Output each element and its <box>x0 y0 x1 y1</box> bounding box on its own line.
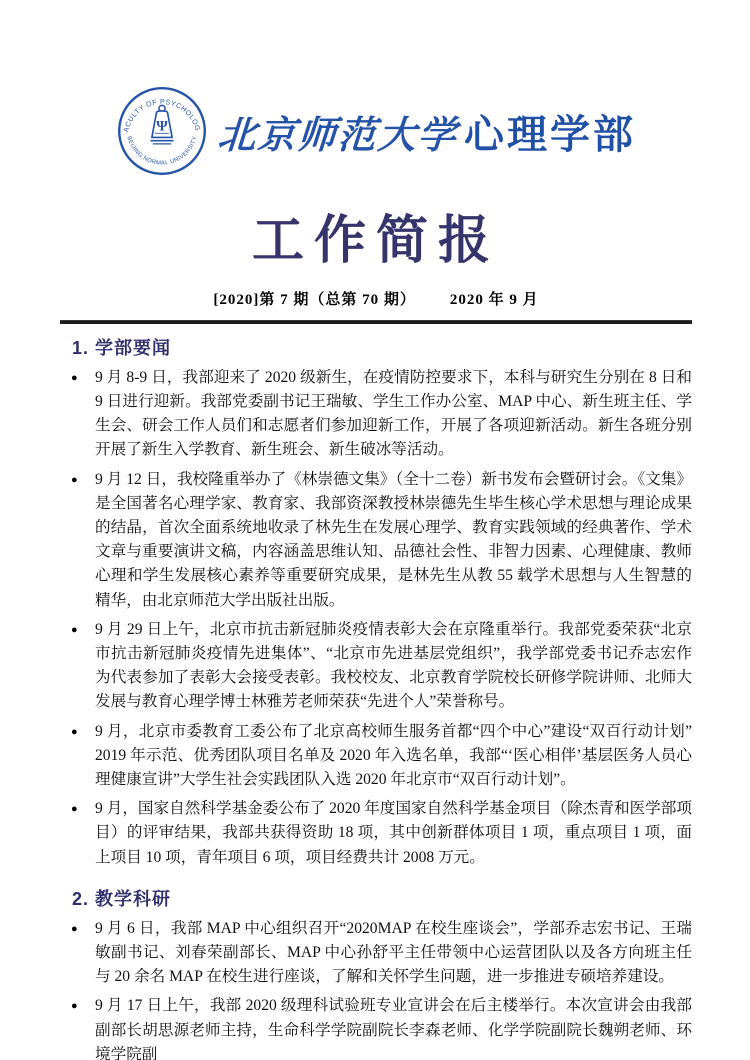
bullet-icon: ● <box>60 366 95 463</box>
list-item: ● 9 月，国家自然科学基金委公布了 2020 年度国家自然科学基金项目（除杰青… <box>60 797 692 870</box>
org-wordmark: 北京师范大学 心理学部 <box>218 103 636 160</box>
list-item: ● 9 月 29 日上午，北京市抗击新冠肺炎疫情表彰大会在京隆重举行。我部党委荣… <box>60 618 692 715</box>
list-item: ● 9 月 8-9 日，我部迎来了 2020 级新生，在疫情防控要求下，本科与研… <box>60 366 692 463</box>
org-logo: FACULTY OF PSYCHOLOGY BEIJING NORMAL UNI… <box>60 84 692 178</box>
list-item-text: 9 月 8-9 日，我部迎来了 2020 级新生，在疫情防控要求下，本科与研究生… <box>95 366 692 463</box>
bell-icon: Ψ <box>150 105 173 144</box>
bullet-icon: ● <box>60 468 95 613</box>
page-title: 工作简报 <box>60 212 692 272</box>
list-item-text: 9 月 17 日上午，我部 2020 级理科试验班专业宣讲会在后主楼举行。本次宣… <box>95 994 692 1060</box>
bullet-icon: ● <box>60 720 95 793</box>
university-name-script: 北京师范大学 <box>216 104 460 159</box>
faculty-name-bold: 心理学部 <box>464 103 636 160</box>
list-item-text: 9 月，北京市委教育工委公布了北京高校师生服务首都“四个中心”建设“双百行动计划… <box>95 720 692 793</box>
list-item-text: 9 月 12 日，我校隆重举办了《林崇德文集》（全十二卷）新书发布会暨研讨会。《… <box>95 468 692 613</box>
bullet-icon: ● <box>60 797 95 870</box>
header-divider <box>60 320 692 324</box>
psi-symbol: Ψ <box>156 119 168 135</box>
list-item: ● 9 月 12 日，我校隆重举办了《林崇德文集》（全十二卷）新书发布会暨研讨会… <box>60 468 692 613</box>
list-item-text: 9 月 29 日上午，北京市抗击新冠肺炎疫情表彰大会在京隆重举行。我部党委荣获“… <box>95 618 692 715</box>
bulletin-page: FACULTY OF PSYCHOLOGY BEIJING NORMAL UNI… <box>0 0 750 1060</box>
issue-date: 2020 年 9 月 <box>450 292 539 308</box>
list-item: ● 9 月，北京市委教育工委公布了北京高校师生服务首都“四个中心”建设“双百行动… <box>60 720 692 793</box>
section-heading-1: 1. 学部要闻 <box>60 335 692 361</box>
issue-line: [2020]第 7 期（总第 70 期）2020 年 9 月 <box>60 288 692 309</box>
section-heading-2: 2. 教学科研 <box>60 886 692 912</box>
list-item-text: 9 月 6 日，我部 MAP 中心组织召开“2020MAP 在校生座谈会”，学部… <box>95 917 692 990</box>
list-item: ● 9 月 6 日，我部 MAP 中心组织召开“2020MAP 在校生座谈会”，… <box>60 917 692 990</box>
bullet-icon: ● <box>60 618 95 715</box>
bullet-icon: ● <box>60 917 95 990</box>
bullet-icon: ● <box>60 994 95 1060</box>
seal-icon: FACULTY OF PSYCHOLOGY BEIJING NORMAL UNI… <box>116 85 208 177</box>
list-item-text: 9 月，国家自然科学基金委公布了 2020 年度国家自然科学基金项目（除杰青和医… <box>95 797 692 870</box>
list-item: ● 9 月 17 日上午，我部 2020 级理科试验班专业宣讲会在后主楼举行。本… <box>60 994 692 1060</box>
issue-number: [2020]第 7 期（总第 70 期） <box>213 292 416 308</box>
